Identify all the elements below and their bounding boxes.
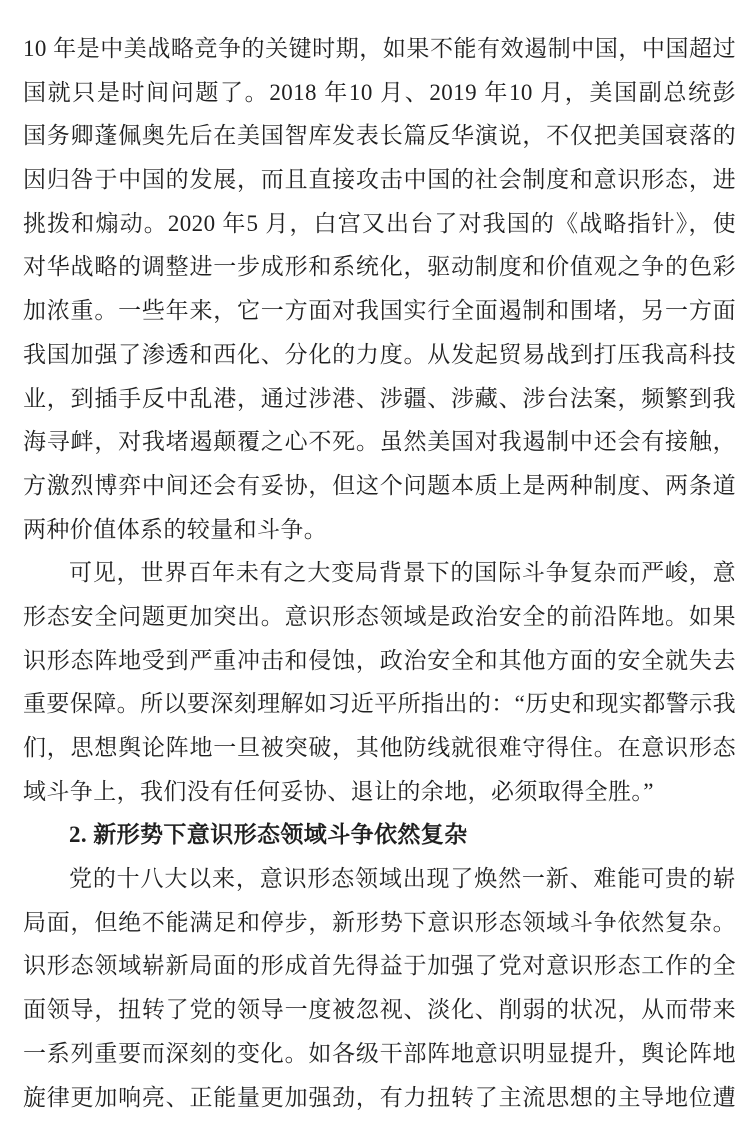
- section-heading: 2. 新形势下意识形态领域斗争依然复杂: [23, 813, 736, 857]
- text-line: 重要保障。所以要深刻理解如习近平所指出的：“历史和现实都警示我: [23, 682, 736, 726]
- text-line: 形态安全问题更加突出。意识形态领域是政治安全的前沿阵地。如果意: [23, 595, 736, 639]
- text-line: 业，到插手反中乱港，通过涉港、涉疆、涉藏、涉台法案，频繁到我南: [23, 377, 736, 421]
- text-line: 识形态领域崭新局面的形成首先得益于加强了党对意识形态工作的全: [23, 944, 736, 988]
- text-line: 面领导，扭转了党的领导一度被忽视、淡化、削弱的状况，从而带来了: [23, 988, 736, 1032]
- text-line: 对华战略的调整进一步成形和系统化，驱动制度和价值观之争的色彩更: [23, 245, 736, 289]
- text-line: 10 年是中美战略竞争的关键时期，如果不能有效遏制中国，中国超过美: [23, 27, 736, 71]
- text-line: 两种价值体系的较量和斗争。: [23, 508, 736, 552]
- text-line: 我国加强了渗透和西化、分化的力度。从发起贸易战到打压我高科技企: [23, 333, 736, 377]
- text-line: 旋律更加响亮、正能量更加强劲，有力扭转了主流思想的主导地位遭受: [23, 1076, 736, 1120]
- text-line: 国务卿蓬佩奥先后在美国智库发表长篇反华演说，不仅把美国衰落的原: [23, 114, 736, 158]
- text-line: 一系列重要而深刻的变化。如各级干部阵地意识明显提升，舆论阵地主: [23, 1032, 736, 1076]
- document-page: 10 年是中美战略竞争的关键时期，如果不能有效遏制中国，中国超过美国就只是时间问…: [0, 0, 756, 1134]
- text-line: 识形态阵地受到严重冲击和侵蚀，政治安全和其他方面的安全就失去了: [23, 639, 736, 683]
- text-line: 党的十八大以来，意识形态领域出现了焕然一新、难能可贵的崭新: [23, 857, 736, 901]
- document-text: 10 年是中美战略竞争的关键时期，如果不能有效遏制中国，中国超过美国就只是时间问…: [23, 27, 736, 1119]
- text-line: 局面，但绝不能满足和停步，新形势下意识形态领域斗争依然复杂。意: [23, 901, 736, 945]
- text-line: 域斗争上，我们没有任何妥协、退让的余地，必须取得全胜。”: [23, 770, 736, 814]
- text-line: 国就只是时间问题了。2018 年10 月、2019 年10 月，美国副总统彭斯、: [23, 71, 736, 115]
- text-line: 方激烈博弈中间还会有妥协，但这个问题本质上是两种制度、两条道路、: [23, 464, 736, 508]
- text-line: 挑拨和煽动。2020 年5 月，白宫又出台了对我国的《战略指针》，使其: [23, 202, 736, 246]
- text-line: 可见，世界百年未有之大变局背景下的国际斗争复杂而严峻，意识: [23, 551, 736, 595]
- text-line: 海寻衅，对我堵遏颠覆之心不死。虽然美国对我遏制中还会有接触，双: [23, 420, 736, 464]
- text-line: 加浓重。一些年来，它一方面对我国实行全面遏制和围堵，另一方面对: [23, 289, 736, 333]
- text-line: 们，思想舆论阵地一旦被突破，其他防线就很难守得住。在意识形态领: [23, 726, 736, 770]
- text-line: 因归咎于中国的发展，而且直接攻击中国的社会制度和意识形态，进行: [23, 158, 736, 202]
